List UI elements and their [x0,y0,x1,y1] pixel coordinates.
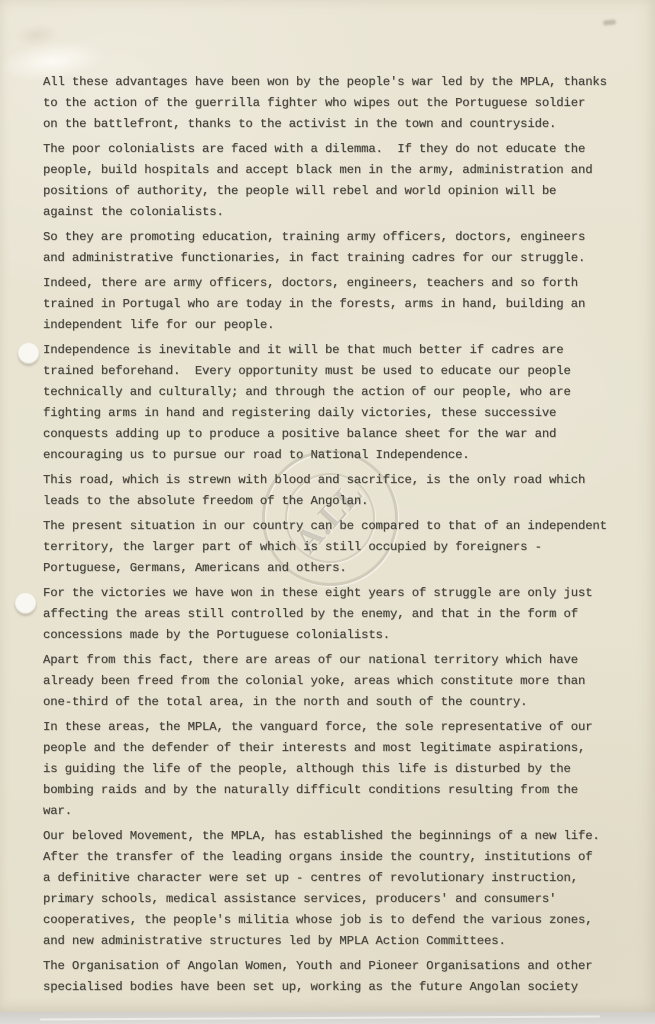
text-line: war. [43,801,628,822]
text-line: Our beloved Movement, the MPLA, has esta… [43,826,628,847]
punch-hole-bottom [15,593,36,614]
punch-hole-top [18,343,39,364]
text-line: is guiding the life of the people, altho… [43,759,628,780]
text-line: Independence is inevitable and it will b… [43,340,628,361]
text-line: So they are promoting education, trainin… [43,227,628,248]
text-line: conquests adding up to produce a positiv… [43,424,628,445]
document-text: All these advantages have been won by th… [43,72,628,1002]
text-line: primary schools, medical assistance serv… [43,889,628,910]
text-line: people, build hospitals and accept black… [43,160,628,181]
paragraph: The poor colonialists are faced with a d… [43,139,628,223]
paragraph: Independence is inevitable and it will b… [43,340,628,466]
paragraph: This road, which is strewn with blood an… [43,470,628,512]
text-line: and administrative functionaries, in fac… [43,248,628,269]
text-line: independent life for our people. [43,315,628,336]
text-line: specialised bodies have been set up, wor… [43,977,628,998]
paragraph: The present situation in our country can… [43,516,628,579]
text-line: territory, the larger part of which is s… [43,537,628,558]
text-line: In these areas, the MPLA, the vanguard f… [43,717,628,738]
text-line: encouraging us to pursue our road to Nat… [43,445,628,466]
text-line: affecting the areas still controlled by … [43,604,628,625]
text-line: All these advantages have been won by th… [43,72,628,93]
text-line: fighting arms in hand and registering da… [43,403,628,424]
text-line: a definitive character were set up - cen… [43,868,628,889]
paragraph: Our beloved Movement, the MPLA, has esta… [43,826,628,952]
paragraph: The Organisation of Angolan Women, Youth… [43,956,628,998]
text-line: on the battlefront, thanks to the activi… [43,114,628,135]
text-line: trained beforehand. Every opportunity mu… [43,361,628,382]
text-line: against the colonialists. [43,202,628,223]
text-line: This road, which is strewn with blood an… [43,470,628,491]
paragraph: All these advantages have been won by th… [43,72,628,135]
text-line: technically and culturally; and through … [43,382,628,403]
paragraph: Indeed, there are army officers, doctors… [43,273,628,336]
pencil-smudge [603,19,616,25]
text-line: positions of authority, the people will … [43,181,628,202]
text-line: and new administrative structures led by… [43,931,628,952]
text-line: The present situation in our country can… [43,516,628,537]
text-line: Indeed, there are army officers, doctors… [43,273,628,294]
text-line: already been freed from the colonial yok… [43,671,628,692]
text-line: cooperatives, the people's militia whose… [43,910,628,931]
text-line: bombing raids and by the naturally diffi… [43,780,628,801]
text-line: concessions made by the Portuguese colon… [43,625,628,646]
text-line: For the victories we have won in these e… [43,583,628,604]
scan-crease-line [40,1016,600,1021]
text-line: one-third of the total area, in the nort… [43,692,628,713]
text-line: to the action of the guerrilla fighter w… [43,93,628,114]
paragraph: So they are promoting education, trainin… [43,227,628,269]
document-page: A.LL All these advantages have been won … [0,0,655,1012]
text-line: The Organisation of Angolan Women, Youth… [43,956,628,977]
text-line: Apart from this fact, there are areas of… [43,650,628,671]
paragraph: In these areas, the MPLA, the vanguard f… [43,717,628,822]
text-line: trained in Portugal who are today in the… [43,294,628,315]
text-line: After the transfer of the leading organs… [43,847,628,868]
text-line: people and the defender of their interes… [43,738,628,759]
paragraph: Apart from this fact, there are areas of… [43,650,628,713]
text-line: Portuguese, Germans, Americans and other… [43,558,628,579]
paragraph: For the victories we have won in these e… [43,583,628,646]
scan-background-strip [0,1012,655,1024]
text-line: The poor colonialists are faced with a d… [43,139,628,160]
text-line: leads to the absolute freedom of the Ang… [43,491,628,512]
